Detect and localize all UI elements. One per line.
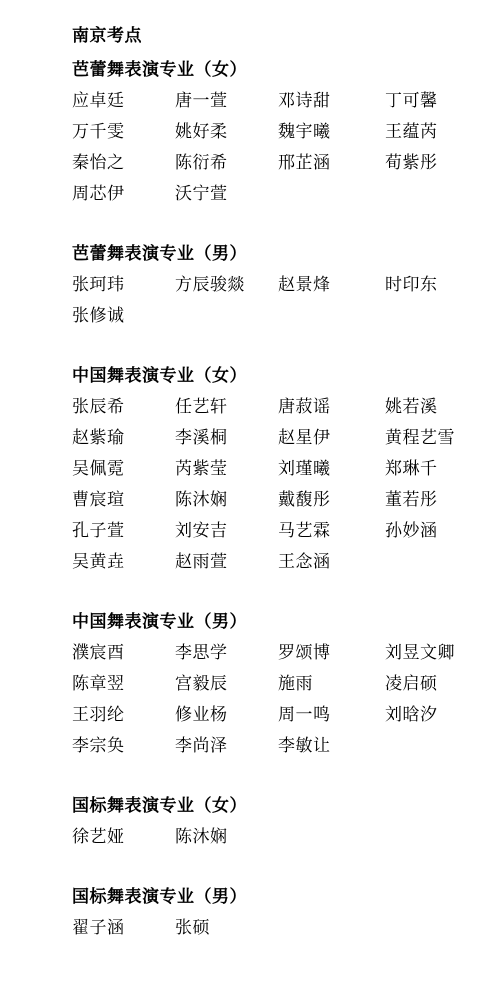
candidate-name: 孔子萱 (72, 515, 175, 546)
candidate-name: 周芯伊 (72, 178, 175, 209)
exam-roster-page: 南京考点 芭蕾舞表演专业（女）应卓廷唐一萱邓诗甜丁可馨万千雯姚好柔魏宇曦王蕴芮秦… (0, 0, 500, 990)
candidate-name: 徐艺娅 (72, 821, 175, 852)
candidate-name: 周一鸣 (278, 699, 385, 730)
candidate-name: 曹宸瑄 (72, 484, 175, 515)
candidate-name: 赵雨萱 (175, 546, 278, 577)
candidate-name: 宫毅辰 (175, 668, 278, 699)
candidate-name: 任艺轩 (175, 391, 278, 422)
candidate-name: 荀紫彤 (385, 147, 480, 178)
section-heading: 中国舞表演专业（男） (72, 606, 480, 637)
candidate-name: 陈沐娴 (175, 484, 278, 515)
candidate-name: 董若彤 (385, 484, 480, 515)
candidate-name: 修业杨 (175, 699, 278, 730)
candidate-name: 张珂玮 (72, 269, 175, 300)
names-grid: 张珂玮方辰骏燚赵景烽时印东张修诚 (72, 269, 480, 331)
candidate-name: 沃宁萱 (175, 178, 278, 209)
candidate-name: 孙妙涵 (385, 515, 480, 546)
candidate-name: 李尚泽 (175, 730, 278, 761)
candidate-name: 张辰希 (72, 391, 175, 422)
candidate-name: 翟子涵 (72, 912, 175, 943)
candidate-name: 刘昱文卿 (385, 637, 480, 668)
section-heading: 芭蕾舞表演专业（男） (72, 238, 480, 269)
names-grid: 徐艺娅陈沐娴 (72, 821, 480, 852)
sections-container: 芭蕾舞表演专业（女）应卓廷唐一萱邓诗甜丁可馨万千雯姚好柔魏宇曦王蕴芮秦怡之陈衍希… (72, 54, 480, 943)
candidate-name: 刘安吉 (175, 515, 278, 546)
candidate-name: 秦怡之 (72, 147, 175, 178)
major-section: 芭蕾舞表演专业（男）张珂玮方辰骏燚赵景烽时印东张修诚 (72, 238, 480, 331)
candidate-name: 时印东 (385, 269, 480, 300)
candidate-name: 陈衍希 (175, 147, 278, 178)
major-section: 芭蕾舞表演专业（女）应卓廷唐一萱邓诗甜丁可馨万千雯姚好柔魏宇曦王蕴芮秦怡之陈衍希… (72, 54, 480, 209)
candidate-name: 张修诚 (72, 300, 175, 331)
names-grid: 张辰希任艺轩唐菽谣姚若溪赵紫瑜李溪桐赵星伊黄程艺雪吴佩霓芮紫莹刘瑾曦郑琳千曹宸瑄… (72, 391, 480, 577)
major-section: 国标舞表演专业（男）翟子涵张硕 (72, 881, 480, 943)
candidate-name: 魏宇曦 (278, 116, 385, 147)
candidate-name: 李宗奂 (72, 730, 175, 761)
candidate-name: 丁可馨 (385, 85, 480, 116)
candidate-name: 邓诗甜 (278, 85, 385, 116)
major-section: 国标舞表演专业（女）徐艺娅陈沐娴 (72, 790, 480, 852)
candidate-name: 刘瑾曦 (278, 453, 385, 484)
candidate-name: 唐菽谣 (278, 391, 385, 422)
candidate-name: 邢芷涵 (278, 147, 385, 178)
candidate-name: 赵紫瑜 (72, 422, 175, 453)
page-title: 南京考点 (72, 20, 480, 51)
section-heading: 国标舞表演专业（女） (72, 790, 480, 821)
candidate-name: 姚若溪 (385, 391, 480, 422)
candidate-name: 施雨 (278, 668, 385, 699)
candidate-name: 郑琳千 (385, 453, 480, 484)
candidate-name: 罗颂博 (278, 637, 385, 668)
candidate-name: 刘晗汐 (385, 699, 480, 730)
candidate-name: 李溪桐 (175, 422, 278, 453)
candidate-name: 张硕 (175, 912, 278, 943)
names-grid: 应卓廷唐一萱邓诗甜丁可馨万千雯姚好柔魏宇曦王蕴芮秦怡之陈衍希邢芷涵荀紫彤周芯伊沃… (72, 85, 480, 209)
candidate-name: 赵星伊 (278, 422, 385, 453)
major-section: 中国舞表演专业（女）张辰希任艺轩唐菽谣姚若溪赵紫瑜李溪桐赵星伊黄程艺雪吴佩霓芮紫… (72, 360, 480, 577)
candidate-name: 陈沐娴 (175, 821, 278, 852)
candidate-name: 吴佩霓 (72, 453, 175, 484)
candidate-name: 王蕴芮 (385, 116, 480, 147)
names-grid: 翟子涵张硕 (72, 912, 480, 943)
names-grid: 濮宸酉李思学罗颂博刘昱文卿陈章翌宫毅辰施雨凌启硕王羽纶修业杨周一鸣刘晗汐李宗奂李… (72, 637, 480, 761)
candidate-name: 李敏让 (278, 730, 385, 761)
candidate-name: 陈章翌 (72, 668, 175, 699)
candidate-name: 唐一萱 (175, 85, 278, 116)
candidate-name: 万千雯 (72, 116, 175, 147)
section-heading: 芭蕾舞表演专业（女） (72, 54, 480, 85)
major-section: 中国舞表演专业（男）濮宸酉李思学罗颂博刘昱文卿陈章翌宫毅辰施雨凌启硕王羽纶修业杨… (72, 606, 480, 761)
candidate-name: 吴黄垚 (72, 546, 175, 577)
candidate-name: 凌启硕 (385, 668, 480, 699)
candidate-name: 赵景烽 (278, 269, 385, 300)
candidate-name: 应卓廷 (72, 85, 175, 116)
candidate-name: 黄程艺雪 (385, 422, 480, 453)
section-heading: 中国舞表演专业（女） (72, 360, 480, 391)
candidate-name: 方辰骏燚 (175, 269, 278, 300)
candidate-name: 芮紫莹 (175, 453, 278, 484)
section-heading: 国标舞表演专业（男） (72, 881, 480, 912)
candidate-name: 戴馥彤 (278, 484, 385, 515)
candidate-name: 王念涵 (278, 546, 385, 577)
candidate-name: 马艺霖 (278, 515, 385, 546)
candidate-name: 姚好柔 (175, 116, 278, 147)
candidate-name: 王羽纶 (72, 699, 175, 730)
candidate-name: 濮宸酉 (72, 637, 175, 668)
candidate-name: 李思学 (175, 637, 278, 668)
